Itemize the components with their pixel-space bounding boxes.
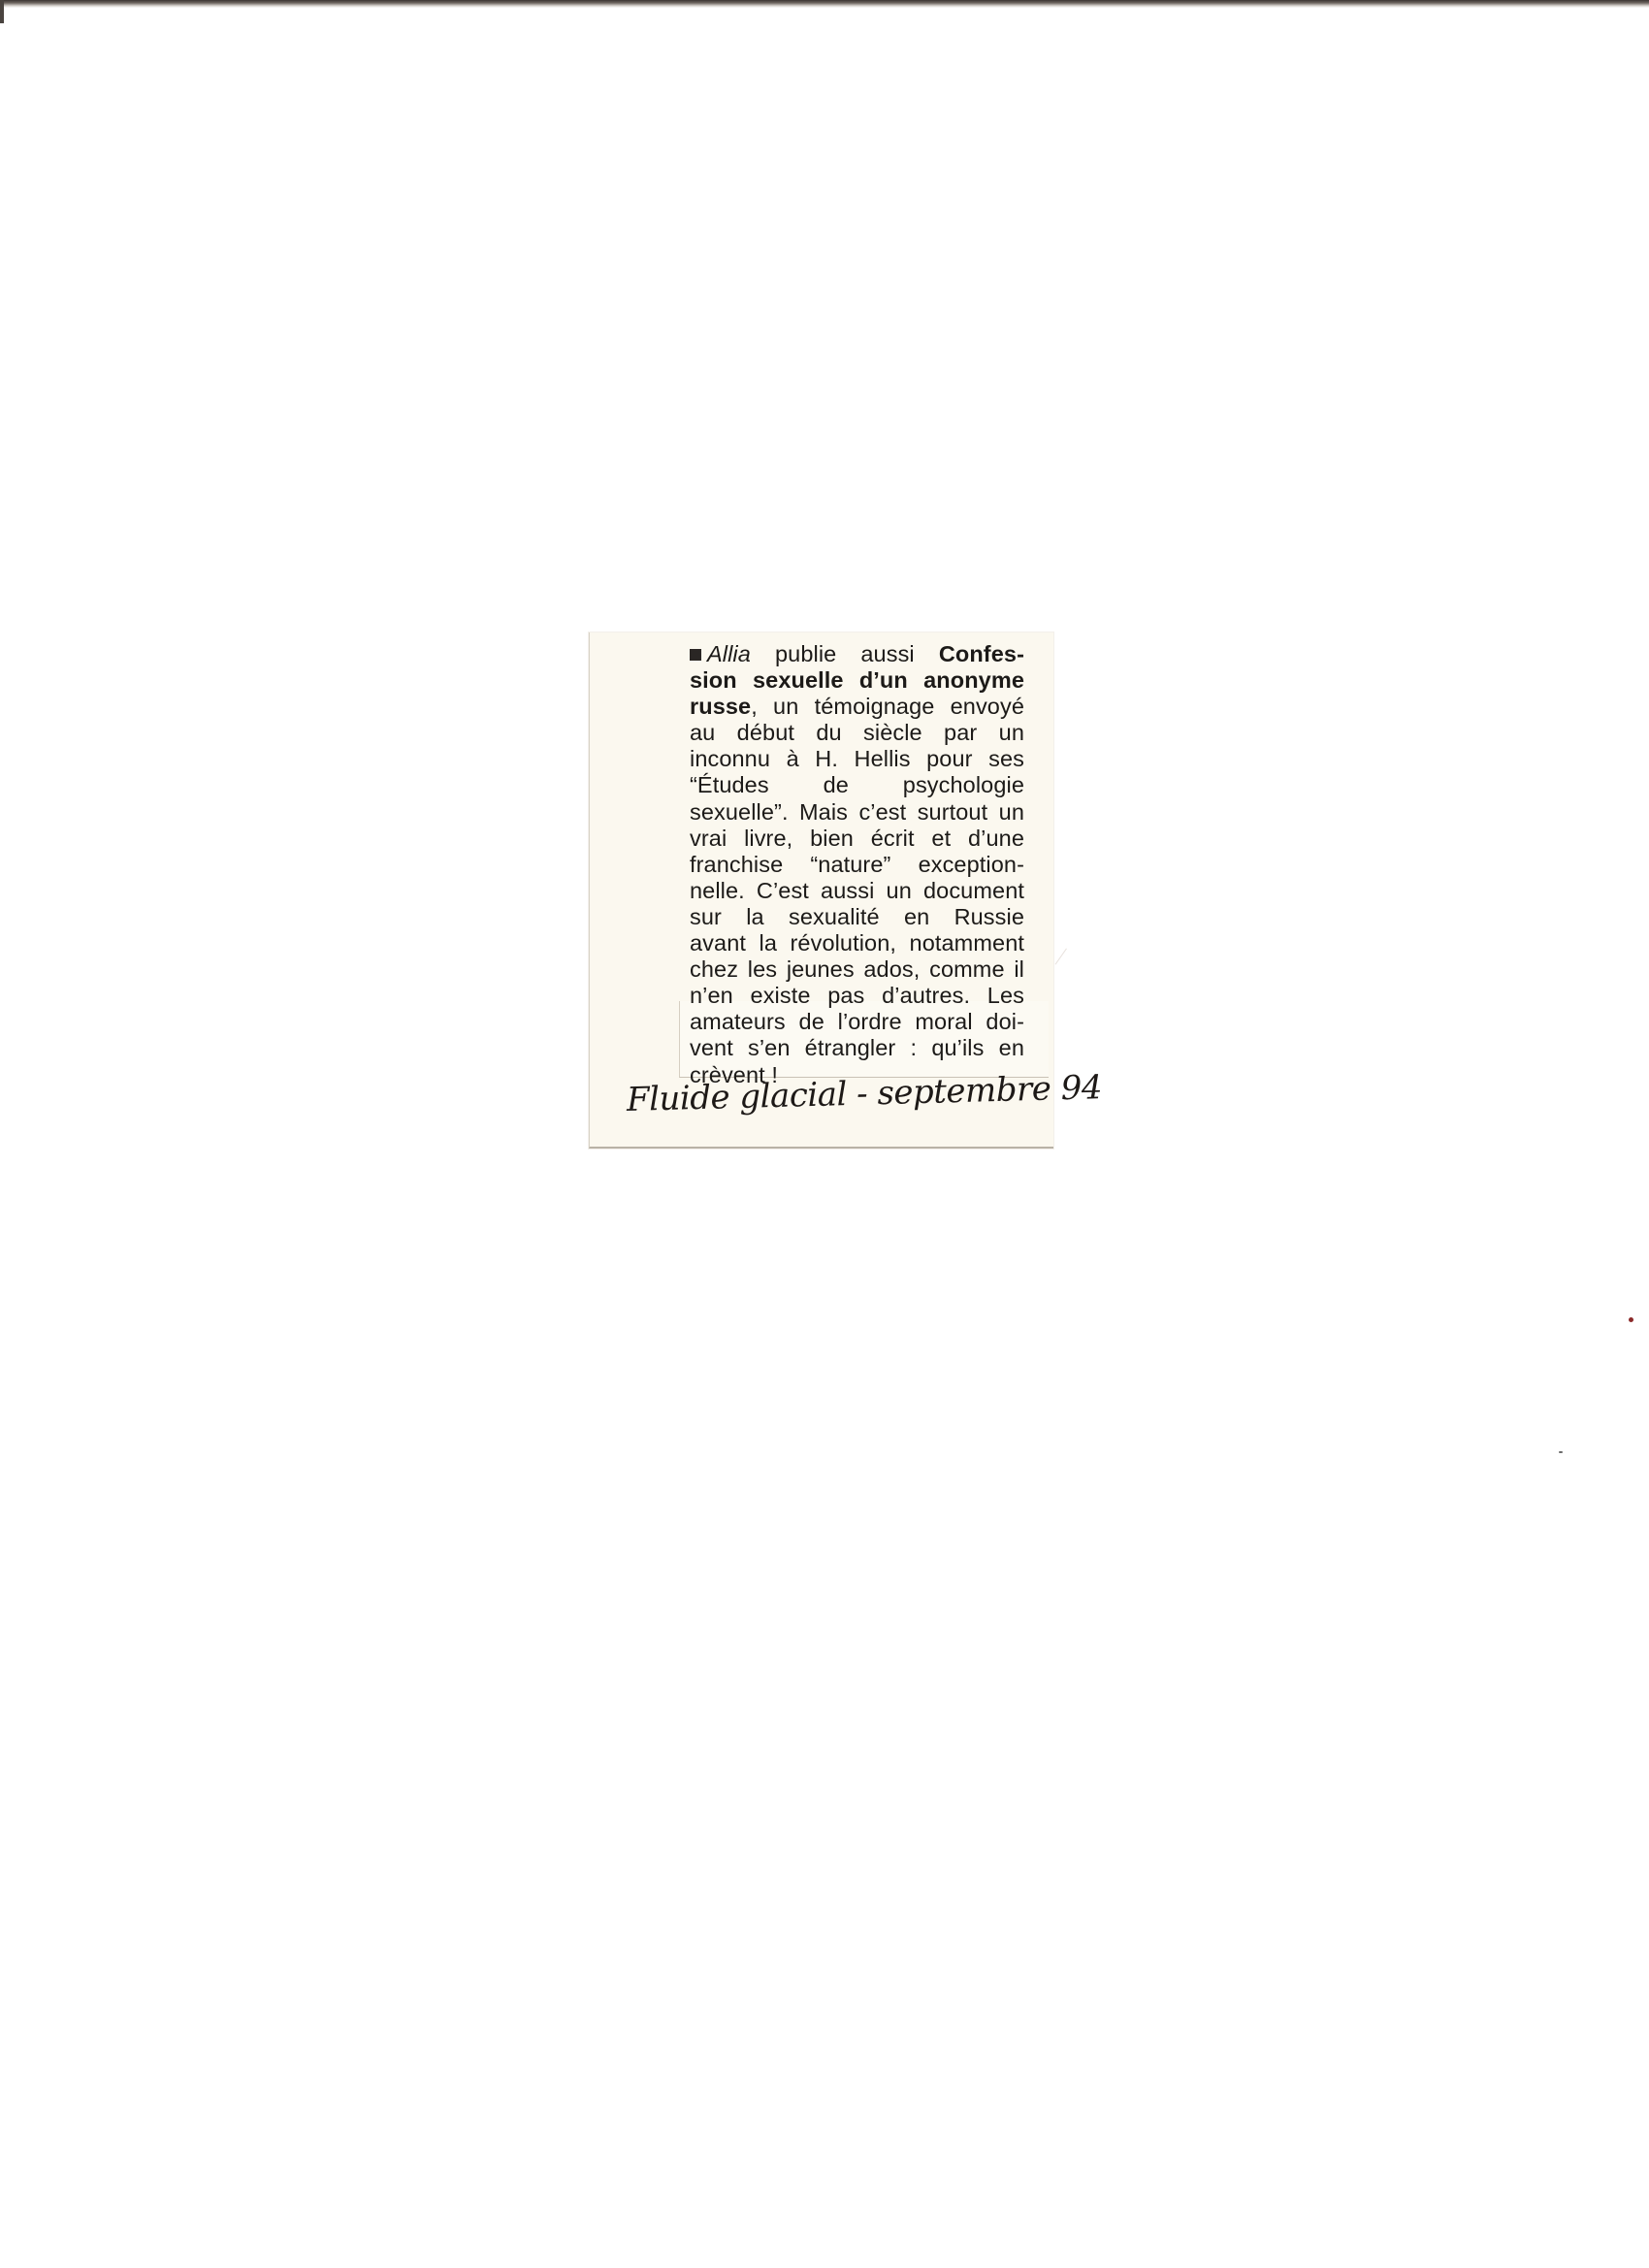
text-run: sexuelle”. Mais c’est surtout un xyxy=(690,799,1024,825)
scan-speck xyxy=(1629,1317,1633,1322)
article-line: “Études de psychologie xyxy=(690,772,1024,798)
text-run: vent s’en étrangler : qu’ils en xyxy=(690,1035,1024,1060)
article-line: inconnu à H. Hellis pour ses xyxy=(690,746,1024,772)
paper-scratch-mark xyxy=(1055,949,1079,973)
text-run: inconnu à H. Hellis pour ses xyxy=(690,746,1024,771)
text-run: sion sexuelle d’un anonyme xyxy=(690,667,1024,693)
square-bullet-icon xyxy=(690,649,701,661)
article-line: sur la sexualité en Russie xyxy=(690,904,1024,930)
article-line: n’en existe pas d’autres. Les xyxy=(690,983,1024,1009)
article-line: Allia publie aussi Confes- xyxy=(690,641,1024,667)
article-line: sexuelle”. Mais c’est surtout un xyxy=(690,799,1024,826)
article-line: vent s’en étrangler : qu’ils en xyxy=(690,1035,1024,1061)
article-line: nelle. C’est aussi un document xyxy=(690,878,1024,904)
text-run: russe xyxy=(690,694,751,719)
text-run: franchise “nature” exception- xyxy=(690,852,1024,877)
text-run: nelle. C’est aussi un document xyxy=(690,878,1024,903)
text-run: Confes- xyxy=(939,641,1024,666)
article-line: franchise “nature” exception- xyxy=(690,852,1024,878)
article-line: russe, un témoignage envoyé xyxy=(690,694,1024,720)
text-run: amateurs de l’ordre moral doi- xyxy=(690,1009,1024,1034)
article-line: chez les jeunes ados, comme il xyxy=(690,956,1024,983)
article-line: avant la révolution, notamment xyxy=(690,930,1024,956)
text-run: n’en existe pas d’autres. Les xyxy=(690,983,1024,1008)
article-line: amateurs de l’ordre moral doi- xyxy=(690,1009,1024,1035)
text-run: vrai livre, bien écrit et d’une xyxy=(690,826,1024,851)
scan-top-edge xyxy=(0,0,1649,8)
text-run: sur la sexualité en Russie xyxy=(690,904,1024,929)
text-run: “Études de psychologie xyxy=(690,772,1024,797)
article-line: au début du siècle par un xyxy=(690,720,1024,746)
text-run: au début du siècle par un xyxy=(690,720,1024,745)
article-line: sion sexuelle d’un anonyme xyxy=(690,667,1024,694)
press-clipping: Allia publie aussi Confes-sion sexuelle … xyxy=(589,632,1053,1149)
text-run: chez les jeunes ados, comme il xyxy=(690,956,1024,982)
scan-corner-shadow xyxy=(0,0,4,23)
text-run: avant la révolution, notamment xyxy=(690,930,1024,956)
text-run: Allia xyxy=(707,641,751,666)
article-line: vrai livre, bien écrit et d’une xyxy=(690,826,1024,852)
article-text: Allia publie aussi Confes-sion sexuelle … xyxy=(690,641,1024,1088)
scan-speck xyxy=(1559,1451,1563,1453)
text-run: publie aussi xyxy=(751,641,939,666)
text-run: , un témoignage envoyé xyxy=(751,694,1024,719)
